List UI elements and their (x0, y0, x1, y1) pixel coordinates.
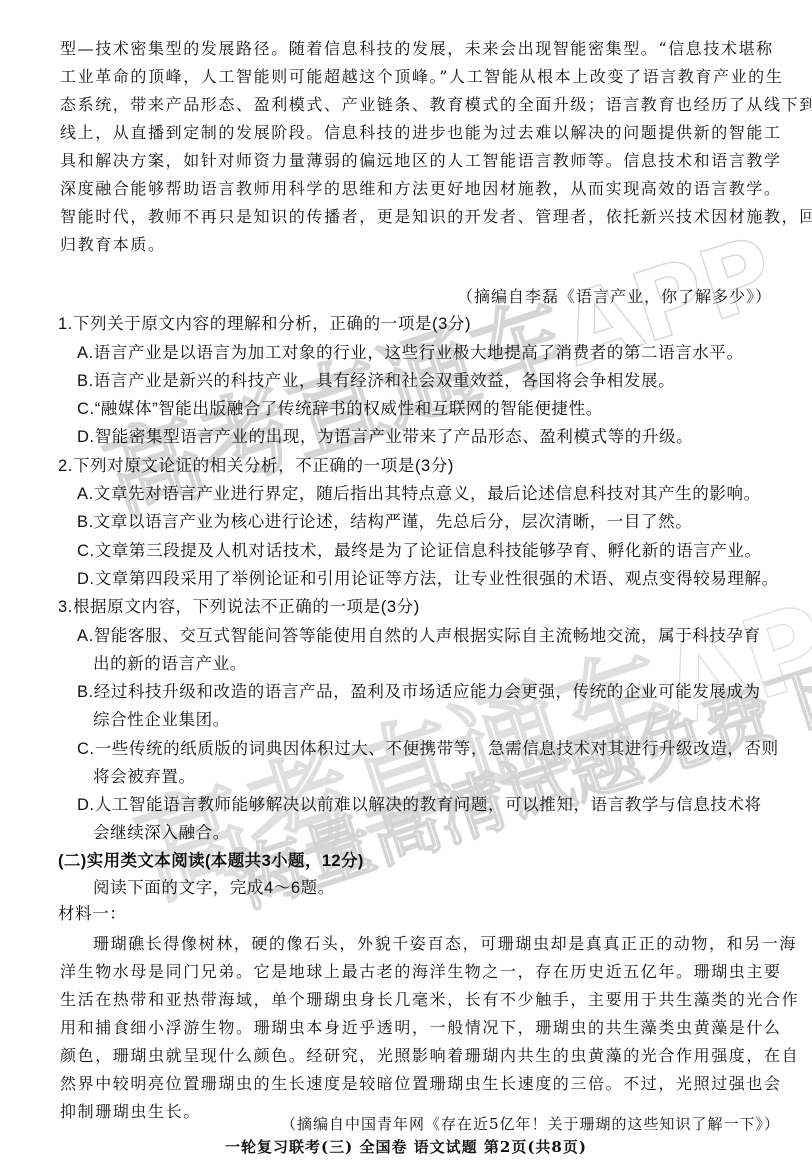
passage-line: 具和解决方案，如针对师资力量薄弱的偏远地区的人工智能语言教师等。信息技术和语言教… (60, 148, 780, 174)
question-2-option-b: B.文章以语言产业为核心进行论述，结构严谨，先总后分，层次清晰，一目了然。 (77, 509, 797, 535)
question-3-stem: 3.根据原文内容，下列说法不正确的一项是(3分) (58, 594, 778, 620)
passage-line: 智能时代，教师不再只是知识的传播者，更是知识的开发者、管理者，依托新兴技术因材施… (60, 204, 780, 230)
passage-line: 工业革命的顶峰，人工智能则可能超越这个顶峰。”人工智能从根本上改变了语言教育产业… (60, 64, 780, 90)
passage-line: 态系统，带来产品形态、盈利模式、产业链条、教育模式的全面升级；语言教育也经历了从… (60, 92, 780, 118)
question-3-option-a: A.智能客服、交互式智能问答等能使用自然的人声根据实际自主流畅地交流，属于科技孕… (77, 623, 797, 649)
question-1-option-c: C.“融媒体”智能出版融合了传统辞书的权威性和互联网的智能便捷性。 (77, 396, 797, 422)
question-1-option-b: B.语言产业是新兴的科技产业，具有经济和社会双重效益，各国将会争相发展。 (77, 368, 797, 394)
material-label: 材料一： (58, 901, 778, 927)
question-2-option-d: D.文章第四段采用了举例论证和引用论证等方法，让专业性很强的术语、观点变得较易理… (77, 566, 797, 592)
passage-line: 归教育本质。 (60, 232, 780, 258)
question-2-option-c: C.文章第三段提及人机对话技术，最终是为了论证信息科技能够孕育、孵化新的语言产业… (77, 538, 797, 564)
passage-line: 线上，从直播到定制的发展阶段。信息科技的进步也能为过去难以解决的问题提供新的智能… (60, 120, 780, 146)
section-instruction: 阅读下面的文字，完成4～6题。 (93, 875, 812, 901)
question-3-option-a-cont: 出的新的语言产业。 (93, 651, 812, 677)
material-line: 生活在热带和亚热带海域，单个珊瑚虫身长几毫米，长有不少触手，主要用于共生藻类的光… (60, 987, 780, 1013)
question-3-option-b: B.经过科技升级和改造的语言产品，盈利及市场适应能力会更强，传统的企业可能发展成… (77, 679, 797, 705)
section-heading: (二)实用类文本阅读(本题共3小题，12分) (58, 848, 778, 874)
question-2-option-a: A.文章先对语言产业进行界定，随后指出其特点意义，最后论述信息科技对其产生的影响… (77, 481, 797, 507)
material-line: 洋生物水母是同门兄弟。它是地球上最古老的海洋生物之一，存在历史近五亿年。珊瑚虫主… (60, 959, 780, 985)
material-line: 珊瑚礁长得像树林，硬的像石头，外貌千姿百态，可珊瑚虫却是真真正正的动物，和另一海 (93, 931, 783, 957)
page-footer: 一轮复习联考(三) 全国卷 语文试题 第2页(共8页) (0, 1136, 812, 1157)
material-source: （摘编自中国青年网《存在近5亿年！关于珊瑚的这些知识了解一下》） (60, 1111, 780, 1137)
question-1-stem: 1.下列关于原文内容的理解和分析，正确的一项是(3分) (58, 311, 778, 337)
passage-line: 深度融合能够帮助语言教师用科学的思维和方法更好地因材施教，从而实现高效的语言教学… (60, 176, 780, 202)
question-3-option-d-cont: 会继续深入融合。 (93, 820, 812, 846)
material-line: 颜色，珊瑚虫就呈现什么颜色。经研究，光照影响着珊瑚内共生的虫黄藻的光合作用强度，… (60, 1043, 780, 1069)
question-2-stem: 2.下列对原文论证的相关分析，不正确的一项是(3分) (58, 453, 778, 479)
passage-line: 型—技术密集型的发展路径。随着信息科技的发展，未来会出现智能密集型。“信息技术堪… (60, 36, 780, 62)
question-3-option-d: D.人工智能语言教师能够解决以前难以解决的教育问题，可以推知，语言教学与信息技术… (77, 792, 797, 818)
question-1-option-a: A.语言产业是以语言为加工对象的行业，这些行业极大地提高了消费者的第二语言水平。 (77, 340, 797, 366)
material-line: 然界中较明亮位置珊瑚虫的生长速度是较暗位置珊瑚虫生长速度的三倍。不过，光照过强也… (60, 1071, 780, 1097)
material-line: 用和捕食细小浮游生物。珊瑚虫本身近乎透明，一般情况下，珊瑚虫的共生藻类虫黄藻是什… (60, 1015, 780, 1041)
question-3-option-c: C.一些传统的纸质版的词典因体积过大、不便携带等，急需信息技术对其进行升级改造，… (77, 736, 797, 762)
question-3-option-c-cont: 将会被弃置。 (93, 764, 812, 790)
passage-source: （摘编自李磊《语言产业，你了解多少》） (52, 284, 772, 310)
question-3-option-b-cont: 综合性企业集团。 (93, 707, 812, 733)
question-1-option-d: D.智能密集型语言产业的出现，为语言产业带来了产品形态、盈利模式等的升级。 (77, 424, 797, 450)
exam-page: 高考直通车APP 海量高清试题免费下载 高考直通车APP 型—技术密集型的发展路… (0, 0, 812, 1163)
